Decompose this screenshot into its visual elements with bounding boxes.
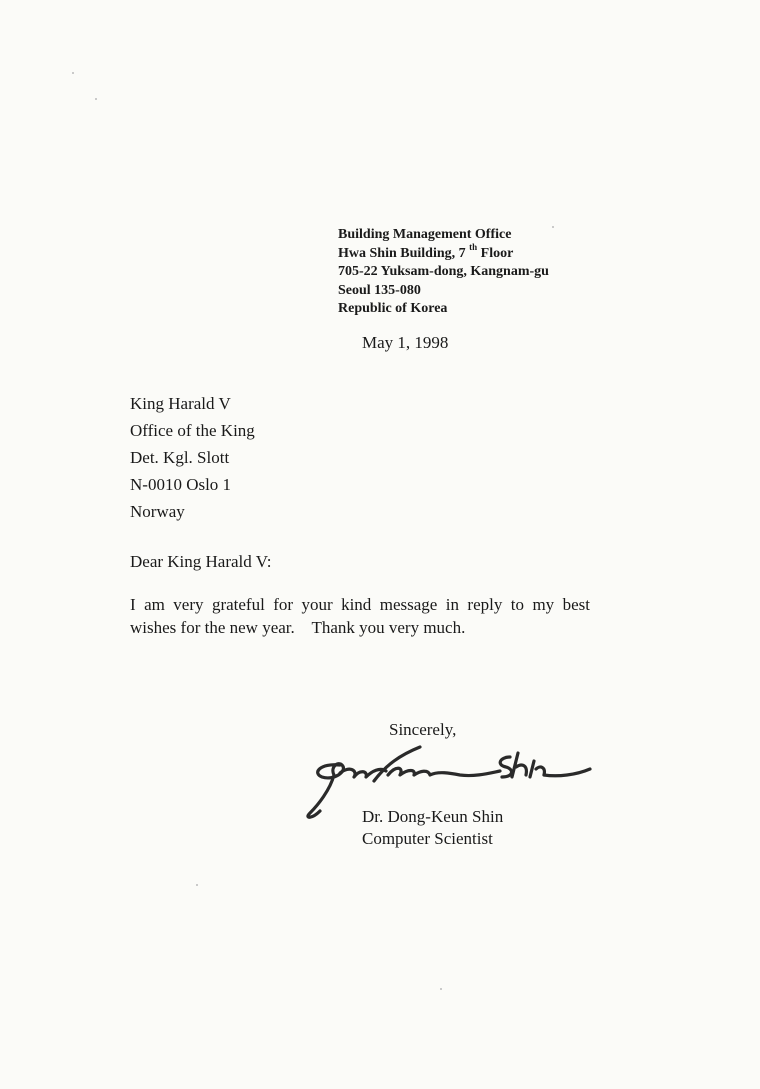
recipient-line: N-0010 Oslo 1 [130,471,255,498]
signer-block: Dr. Dong-Keun Shin Computer Scientist [362,806,503,850]
paper-speck [196,884,198,886]
paper-speck [95,98,97,100]
letter-date: May 1, 1998 [362,333,448,353]
recipient-line: Det. Kgl. Slott [130,444,255,471]
signer-title: Computer Scientist [362,828,503,850]
sender-address: Building Management Office Hwa Shin Buil… [338,226,549,319]
recipient-line: Office of the King [130,417,255,444]
letter-body: I am very grateful for your kind message… [130,593,590,639]
sender-line-office: Building Management Office [338,226,549,245]
signer-name: Dr. Dong-Keun Shin [362,806,503,828]
paper-speck [440,988,442,990]
recipient-line: Norway [130,498,255,525]
sender-line-street: 705-22 Yuksam-dong, Kangnam-gu [338,263,549,282]
salutation: Dear King Harald V: [130,552,271,572]
paper-speck [552,226,554,228]
recipient-line: King Harald V [130,390,255,417]
paper-speck [72,72,74,74]
sender-line-country: Republic of Korea [338,300,549,319]
sender-line-city: Seoul 135-080 [338,282,549,301]
recipient-address: King Harald V Office of the King Det. Kg… [130,390,255,525]
sender-line-building: Hwa Shin Building, 7 th Floor [338,245,549,264]
